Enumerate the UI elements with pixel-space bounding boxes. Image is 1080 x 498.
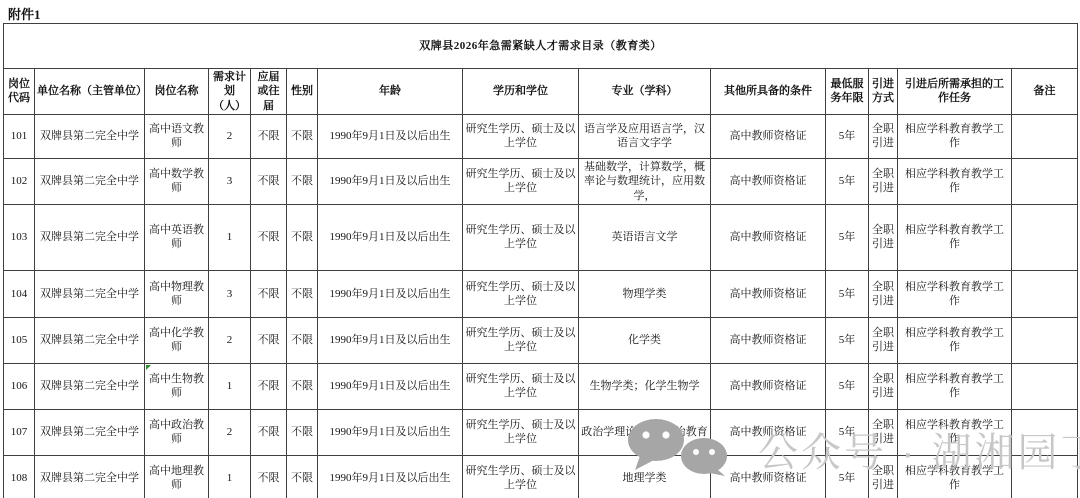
cell-code: 103: [4, 204, 35, 270]
cell-remark: [1012, 455, 1078, 498]
cell-method: 全职引进: [869, 270, 898, 317]
cell-degree: 研究生学历、硕士及以上学位: [463, 204, 579, 270]
cell-method: 全职引进: [869, 317, 898, 363]
cell-major: 语言学及应用语言学，汉语言文字学: [579, 114, 711, 158]
column-header: 性别: [287, 69, 318, 115]
cell-unit: 双牌县第二完全中学: [35, 409, 145, 455]
cell-degree: 研究生学历、硕士及以上学位: [463, 455, 579, 498]
cell-post: 高中政治教师: [145, 409, 209, 455]
cell-post: 高中地理教师: [145, 455, 209, 498]
column-header: 引进后所需承担的工作任务: [898, 69, 1012, 115]
talent-demand-table: 双牌县2026年急需紧缺人才需求目录（教育类） 岗位代码单位名称（主管单位）岗位…: [3, 23, 1078, 498]
cell-count: 3: [209, 158, 251, 204]
cell-remark: [1012, 363, 1078, 409]
cell-count: 1: [209, 455, 251, 498]
cell-other: 高中教师资格证: [711, 409, 826, 455]
cell-fresh: 不限: [251, 409, 287, 455]
cell-other: 高中教师资格证: [711, 204, 826, 270]
table-row: 105双牌县第二完全中学高中化学教师2不限不限1990年9月1日及以后出生研究生…: [4, 317, 1078, 363]
cell-post: 高中数学教师: [145, 158, 209, 204]
cell-fresh: 不限: [251, 270, 287, 317]
table-row: 108双牌县第二完全中学高中地理教师1不限不限1990年9月1日及以后出生研究生…: [4, 455, 1078, 498]
cell-post: 高中物理教师: [145, 270, 209, 317]
column-header: 其他所具备的条件: [711, 69, 826, 115]
table-row: 104双牌县第二完全中学高中物理教师3不限不限1990年9月1日及以后出生研究生…: [4, 270, 1078, 317]
cell-major: 生物学类；化学生物学: [579, 363, 711, 409]
column-header: 备注: [1012, 69, 1078, 115]
cell-age: 1990年9月1日及以后出生: [318, 270, 463, 317]
cell-task: 相应学科教育教学工作: [898, 114, 1012, 158]
cell-code: 107: [4, 409, 35, 455]
cell-age: 1990年9月1日及以后出生: [318, 114, 463, 158]
table-title: 双牌县2026年急需紧缺人才需求目录（教育类）: [4, 24, 1078, 69]
column-header: 专业（学科）: [579, 69, 711, 115]
cell-years: 5年: [826, 409, 869, 455]
cell-code: 105: [4, 317, 35, 363]
cell-age: 1990年9月1日及以后出生: [318, 204, 463, 270]
cell-fresh: 不限: [251, 317, 287, 363]
cell-gender: 不限: [287, 409, 318, 455]
cell-other: 高中教师资格证: [711, 270, 826, 317]
cell-fresh: 不限: [251, 455, 287, 498]
cell-task: 相应学科教育教学工作: [898, 363, 1012, 409]
cell-code: 106: [4, 363, 35, 409]
table-body: 101双牌县第二完全中学高中语文教师2不限不限1990年9月1日及以后出生研究生…: [4, 114, 1078, 498]
cell-degree: 研究生学历、硕士及以上学位: [463, 270, 579, 317]
cell-count: 2: [209, 317, 251, 363]
cell-task: 相应学科教育教学工作: [898, 317, 1012, 363]
cell-major: 英语语言文学: [579, 204, 711, 270]
table-row: 101双牌县第二完全中学高中语文教师2不限不限1990年9月1日及以后出生研究生…: [4, 114, 1078, 158]
cell-code: 101: [4, 114, 35, 158]
cell-years: 5年: [826, 114, 869, 158]
cell-method: 全职引进: [869, 158, 898, 204]
cell-gender: 不限: [287, 204, 318, 270]
table-row: 103双牌县第二完全中学高中英语教师1不限不限1990年9月1日及以后出生研究生…: [4, 204, 1078, 270]
cell-count: 2: [209, 409, 251, 455]
cell-other: 高中教师资格证: [711, 114, 826, 158]
cell-fresh: 不限: [251, 363, 287, 409]
cell-fresh: 不限: [251, 114, 287, 158]
cell-remark: [1012, 317, 1078, 363]
cell-unit: 双牌县第二完全中学: [35, 204, 145, 270]
cell-post: 高中化学教师: [145, 317, 209, 363]
cell-degree: 研究生学历、硕士及以上学位: [463, 158, 579, 204]
cell-years: 5年: [826, 270, 869, 317]
cell-task: 相应学科教育教学工作: [898, 409, 1012, 455]
cell-post: 高中语文教师: [145, 114, 209, 158]
cell-unit: 双牌县第二完全中学: [35, 270, 145, 317]
cell-remark: [1012, 114, 1078, 158]
column-header: 最低服务年限: [826, 69, 869, 115]
cell-code: 104: [4, 270, 35, 317]
cell-gender: 不限: [287, 317, 318, 363]
cell-unit: 双牌县第二完全中学: [35, 317, 145, 363]
column-header: 岗位代码: [4, 69, 35, 115]
cell-code: 108: [4, 455, 35, 498]
cell-degree: 研究生学历、硕士及以上学位: [463, 114, 579, 158]
cell-remark: [1012, 409, 1078, 455]
cell-gender: 不限: [287, 158, 318, 204]
cell-major: 化学类: [579, 317, 711, 363]
cell-task: 相应学科教育教学工作: [898, 204, 1012, 270]
cell-degree: 研究生学历、硕士及以上学位: [463, 409, 579, 455]
column-header: 引进方式: [869, 69, 898, 115]
table-row: 106双牌县第二完全中学高中生物教师1不限不限1990年9月1日及以后出生研究生…: [4, 363, 1078, 409]
table-row: 107双牌县第二完全中学高中政治教师2不限不限1990年9月1日及以后出生研究生…: [4, 409, 1078, 455]
column-header: 岗位名称: [145, 69, 209, 115]
cell-post: 高中生物教师: [145, 363, 209, 409]
cell-remark: [1012, 158, 1078, 204]
cell-years: 5年: [826, 158, 869, 204]
cell-major: 政治学理论, 思想政治教育: [579, 409, 711, 455]
cell-other: 高中教师资格证: [711, 317, 826, 363]
cell-age: 1990年9月1日及以后出生: [318, 455, 463, 498]
cell-major: 物理学类: [579, 270, 711, 317]
cell-count: 2: [209, 114, 251, 158]
cell-code: 102: [4, 158, 35, 204]
cell-remark: [1012, 270, 1078, 317]
cell-count: 1: [209, 204, 251, 270]
title-row: 双牌县2026年急需紧缺人才需求目录（教育类）: [4, 24, 1078, 69]
cell-post: 高中英语教师: [145, 204, 209, 270]
cell-method: 全职引进: [869, 204, 898, 270]
cell-unit: 双牌县第二完全中学: [35, 114, 145, 158]
column-header: 年龄: [318, 69, 463, 115]
cell-unit: 双牌县第二完全中学: [35, 158, 145, 204]
cell-method: 全职引进: [869, 455, 898, 498]
cell-years: 5年: [826, 317, 869, 363]
cell-years: 5年: [826, 204, 869, 270]
cell-method: 全职引进: [869, 363, 898, 409]
cell-other: 高中教师资格证: [711, 455, 826, 498]
cell-unit: 双牌县第二完全中学: [35, 455, 145, 498]
cell-major: 地理学类: [579, 455, 711, 498]
cell-task: 相应学科教育教学工作: [898, 158, 1012, 204]
cell-age: 1990年9月1日及以后出生: [318, 158, 463, 204]
cell-count: 3: [209, 270, 251, 317]
cell-degree: 研究生学历、硕士及以上学位: [463, 317, 579, 363]
cell-fresh: 不限: [251, 158, 287, 204]
cell-age: 1990年9月1日及以后出生: [318, 363, 463, 409]
cell-major: 基础数学，计算数学，概率论与数理统计，应用数学，: [579, 158, 711, 204]
table-row: 102双牌县第二完全中学高中数学教师3不限不限1990年9月1日及以后出生研究生…: [4, 158, 1078, 204]
column-header: 需求计划（人）: [209, 69, 251, 115]
cell-years: 5年: [826, 455, 869, 498]
cell-task: 相应学科教育教学工作: [898, 270, 1012, 317]
column-header: 学历和学位: [463, 69, 579, 115]
cell-method: 全职引进: [869, 409, 898, 455]
cell-gender: 不限: [287, 363, 318, 409]
cell-gender: 不限: [287, 270, 318, 317]
cell-degree: 研究生学历、硕士及以上学位: [463, 363, 579, 409]
cell-method: 全职引进: [869, 114, 898, 158]
cell-remark: [1012, 204, 1078, 270]
cell-gender: 不限: [287, 114, 318, 158]
cell-task: 相应学科教育教学工作: [898, 455, 1012, 498]
cell-age: 1990年9月1日及以后出生: [318, 317, 463, 363]
header-row: 岗位代码单位名称（主管单位）岗位名称需求计划（人）应届或往届性别年龄学历和学位专…: [4, 69, 1078, 115]
cell-gender: 不限: [287, 455, 318, 498]
cell-other: 高中教师资格证: [711, 363, 826, 409]
column-header: 单位名称（主管单位）: [35, 69, 145, 115]
cell-fresh: 不限: [251, 204, 287, 270]
table-head: 双牌县2026年急需紧缺人才需求目录（教育类） 岗位代码单位名称（主管单位）岗位…: [4, 24, 1078, 115]
cell-count: 1: [209, 363, 251, 409]
cell-unit: 双牌县第二完全中学: [35, 363, 145, 409]
attachment-label: 附件1: [8, 4, 41, 23]
cell-other: 高中教师资格证: [711, 158, 826, 204]
cell-years: 5年: [826, 363, 869, 409]
cell-age: 1990年9月1日及以后出生: [318, 409, 463, 455]
column-header: 应届或往届: [251, 69, 287, 115]
